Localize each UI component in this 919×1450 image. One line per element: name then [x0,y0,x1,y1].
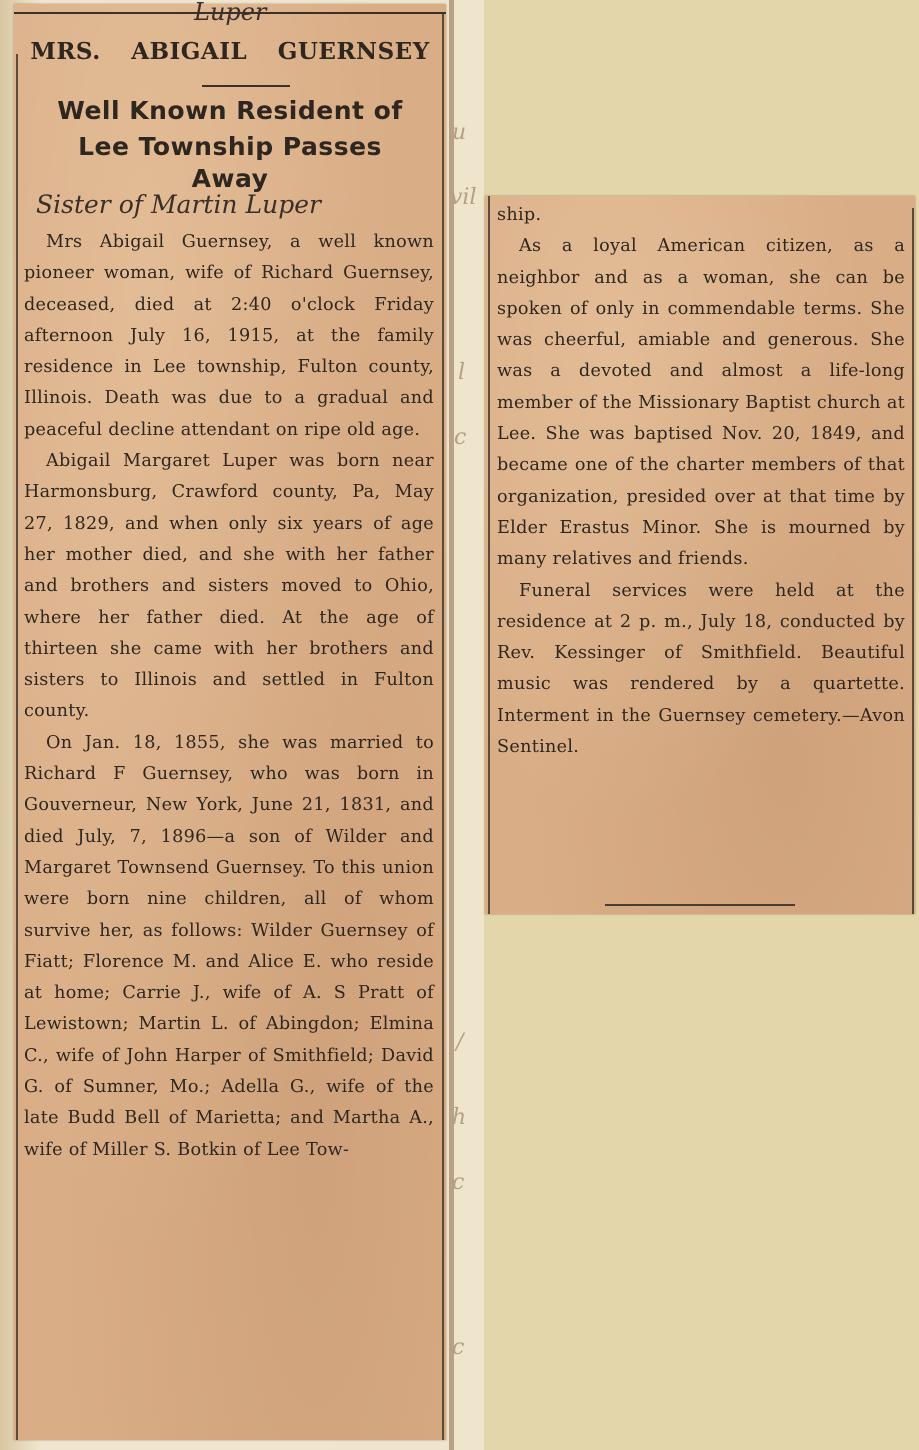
clipping-right-column: ship. As a loyal American citizen, as a … [485,196,915,914]
clipping-left-column: Luper MRS. ABIGAIL GUERNSEY Well Known R… [14,4,446,1440]
handwritten-note: Sister of Martin Luper [36,190,321,219]
backing-script-mark: h [452,1105,466,1130]
backing-script-mark: u [452,120,466,145]
subheadline-line: Lee Township Passes [14,129,446,165]
subheadline-line: Away [14,165,446,193]
paragraph: On Jan. 18, 1855, she was married to Ric… [24,728,434,1166]
paragraph: Mrs Abigail Guernsey, a well known pione… [24,227,434,446]
paragraph: Abigail Margaret Luper was born near Har… [24,446,434,728]
paragraph: ship. [497,200,905,231]
backing-script-mark: l [458,360,465,385]
subheadline: Well Known Resident of Lee Township Pass… [14,93,446,193]
headline-divider [202,85,290,87]
backing-script-mark: vil [450,185,477,210]
backing-page-fold [449,0,454,1450]
article-body-right: ship. As a loyal American citizen, as a … [497,200,905,763]
subheadline-line: Well Known Resident of [14,93,446,129]
paragraph: As a loyal American citizen, as a neighb… [497,231,905,575]
column-rule-left [488,196,490,914]
paragraph: Funeral services were held at the reside… [497,576,905,764]
backing-script-mark: / [456,1030,463,1055]
end-of-article-rule [605,904,795,906]
column-rule-right [442,14,444,1440]
handwritten-surname: Luper [194,0,266,26]
backing-script-mark: c [452,1335,464,1360]
column-rule-left [16,54,18,1440]
backing-script-mark: c [454,425,466,450]
column-rule-right [912,208,914,914]
article-body-left: Mrs Abigail Guernsey, a well known pione… [24,227,434,1166]
backing-script-mark: c [452,1170,464,1195]
headline: MRS. ABIGAIL GUERNSEY [14,38,446,65]
